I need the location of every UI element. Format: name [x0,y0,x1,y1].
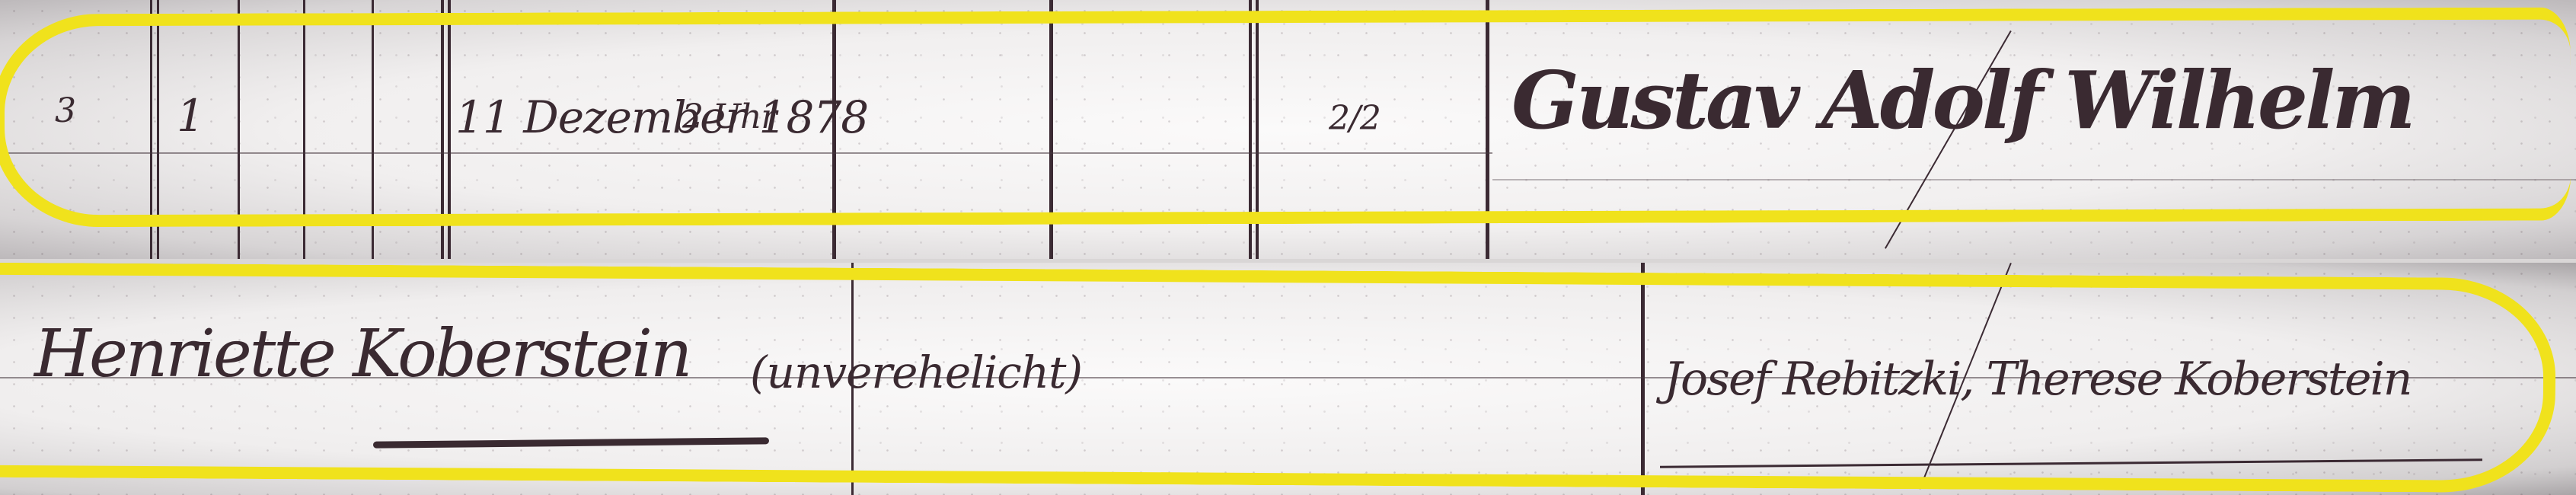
register-strip-top: 3 1 11 Dezember 1878 2 Uhr 2/2 Gustav Ad… [0,0,2576,259]
name-underline [373,437,769,448]
column-rule [157,0,159,259]
column-rule [1049,0,1053,259]
column-rule [1486,0,1489,259]
entry-number: 3 [55,91,75,130]
mother-note: (unverehelicht) [750,346,1082,398]
column-rule [1641,263,1645,495]
witnesses: Josef Rebitzki, Therese Koberstein [1664,353,2411,406]
column-2-value: 1 [177,90,204,142]
column-rule-double [1249,0,1252,259]
register-strip-bottom: Henriette Koberstein (unverehelicht) Jos… [0,263,2576,495]
row-baseline [1492,179,2576,180]
fraction-value: 2/2 [1329,99,1381,138]
column-rule [372,0,374,259]
column-rule [303,0,305,259]
mother-name: Henriette Koberstein [34,316,690,392]
closing-rule [1660,458,2482,468]
birth-date: 11 Dezember 1878 [455,91,868,143]
row-baseline [0,152,1492,154]
birth-time: 2 Uhr [682,97,776,136]
column-rule [150,0,152,259]
column-rule [238,0,240,259]
child-name: Gustav Adolf Wilhelm [1511,53,2413,147]
column-rule-double [441,0,444,259]
